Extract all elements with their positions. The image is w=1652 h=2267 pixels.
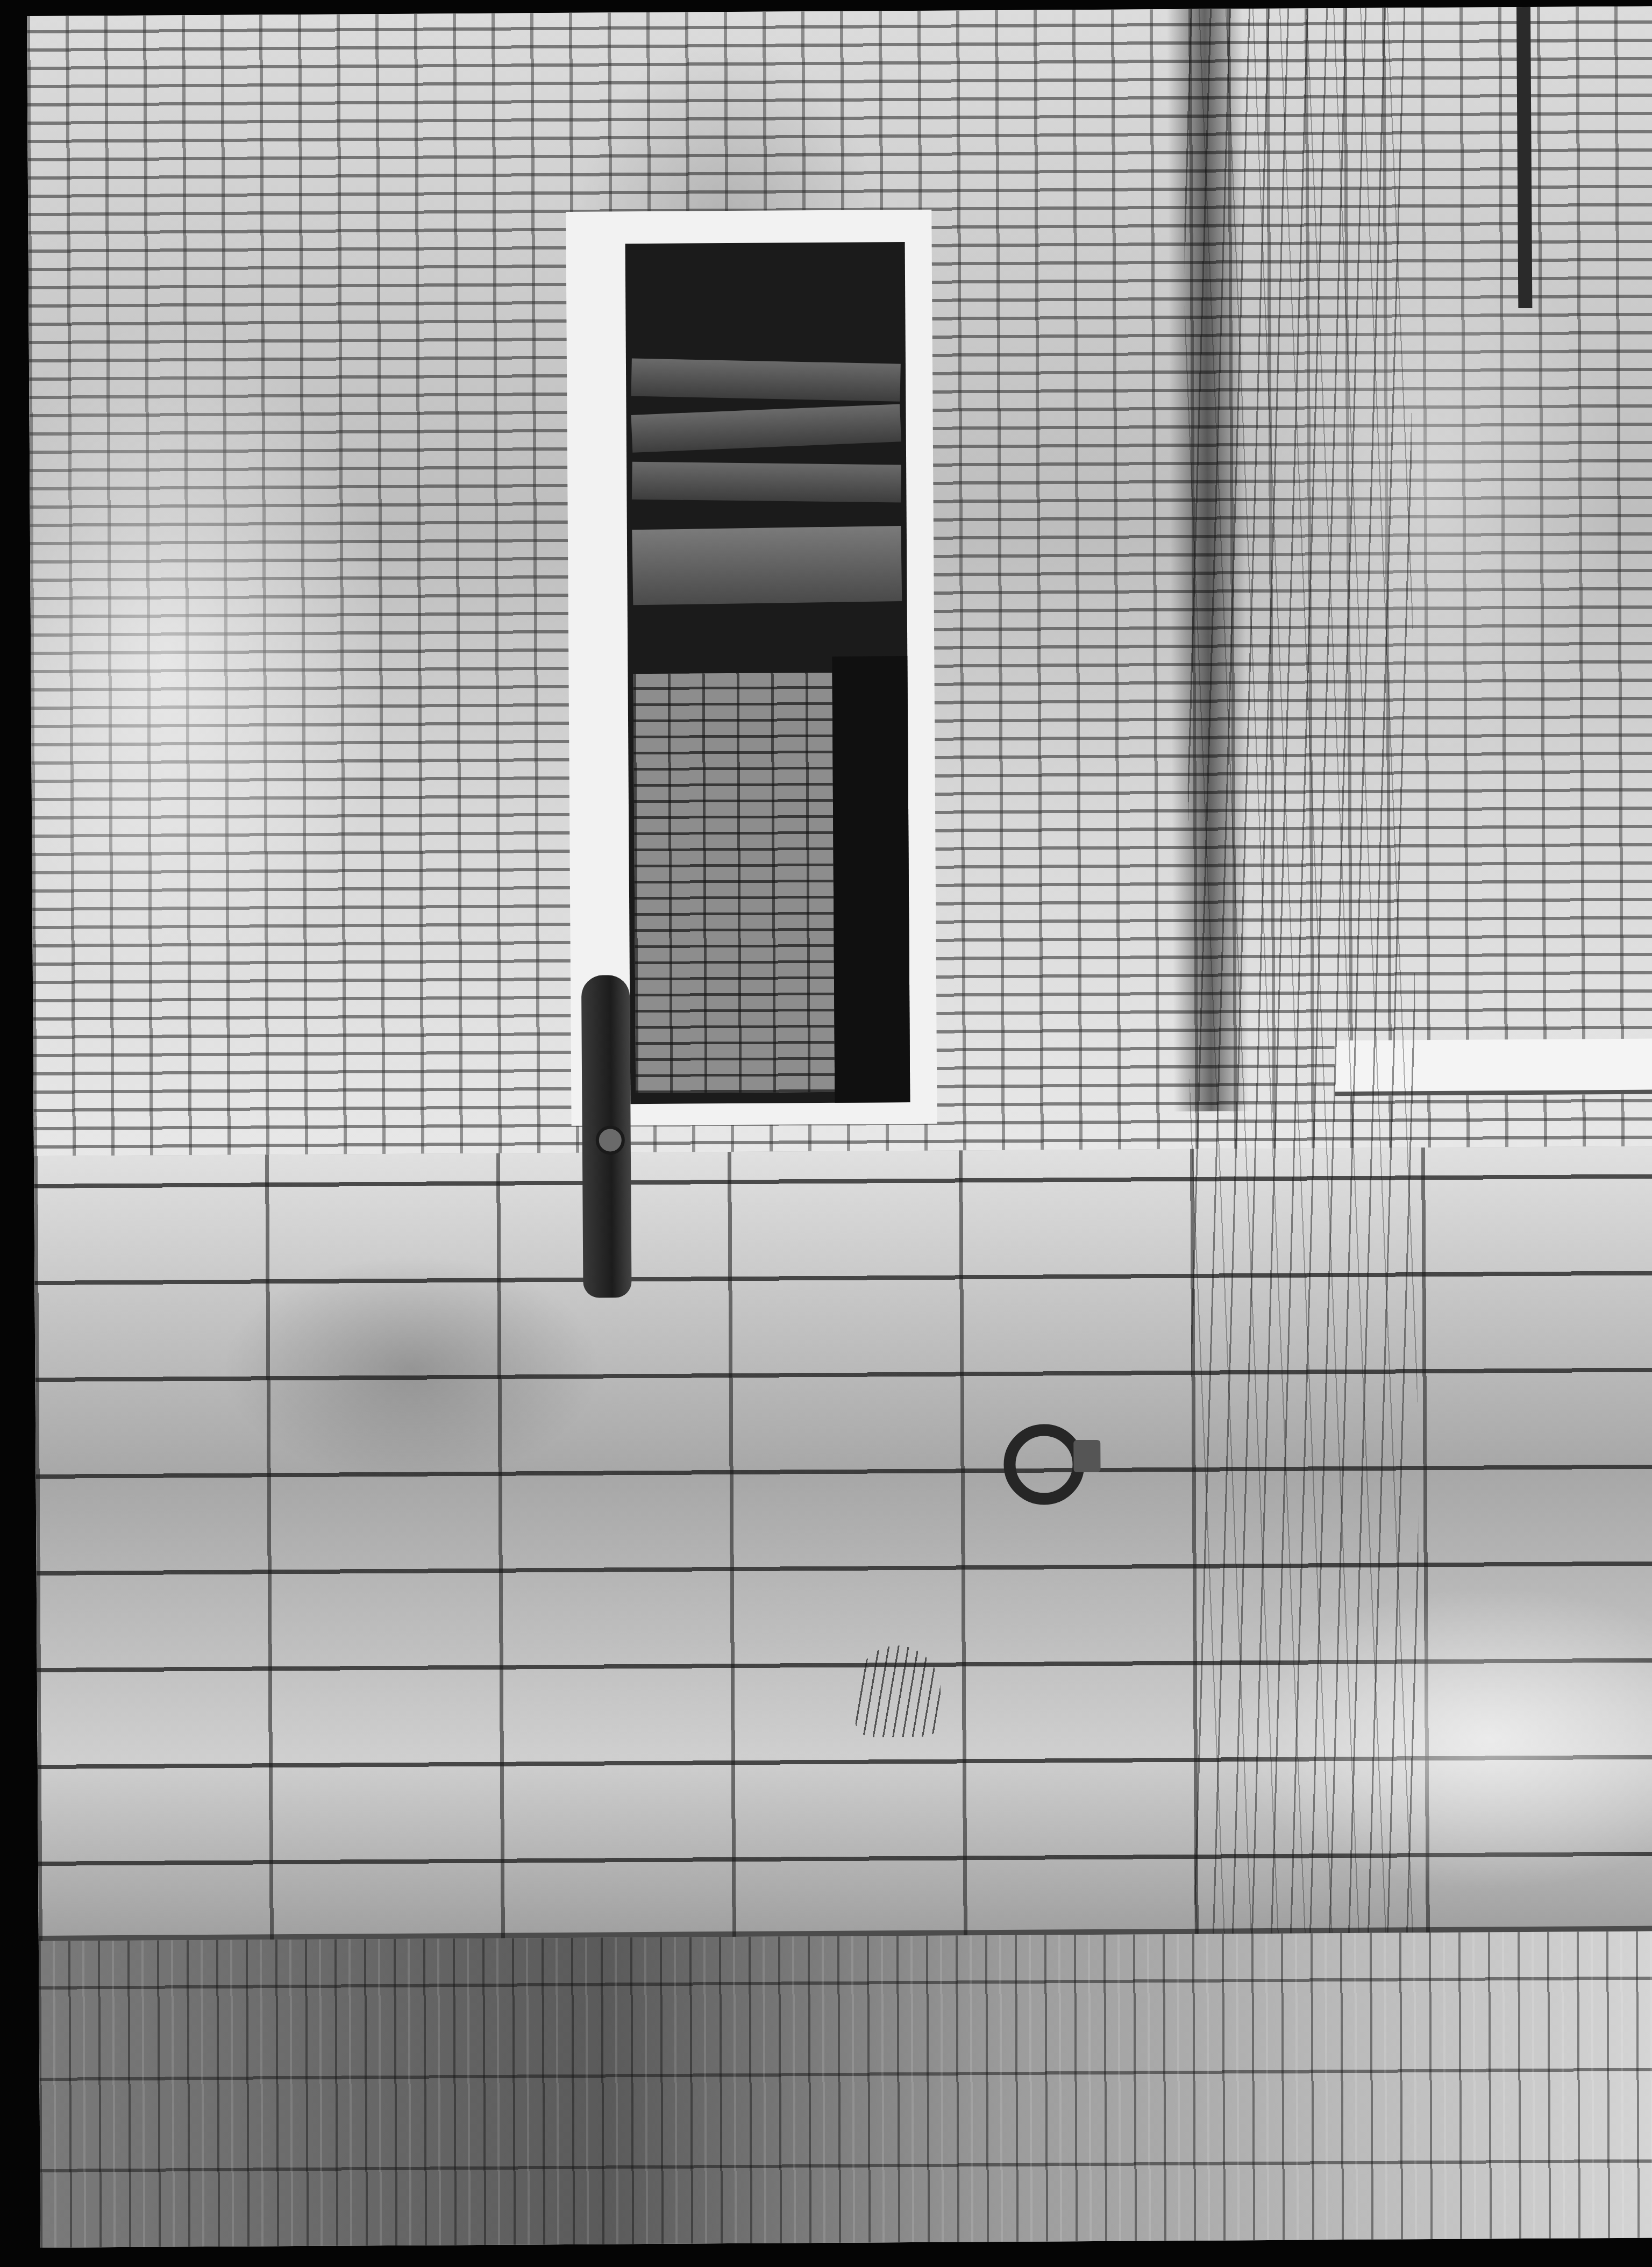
photograph — [27, 6, 1652, 2248]
bracket-bolt — [596, 1125, 625, 1154]
window-board — [632, 462, 901, 503]
grass-tuft — [855, 1645, 941, 1737]
drainpipe — [1516, 7, 1532, 308]
mooring-ring-plate — [1073, 1440, 1100, 1472]
bricked-up-window-section — [633, 673, 835, 1093]
window-board — [631, 359, 901, 402]
window-shadow — [832, 656, 910, 1103]
window-board — [632, 526, 902, 605]
mooring-ring — [1003, 1424, 1085, 1505]
water-reflection — [39, 1931, 1652, 2247]
hanging-vine — [1183, 8, 1422, 2213]
